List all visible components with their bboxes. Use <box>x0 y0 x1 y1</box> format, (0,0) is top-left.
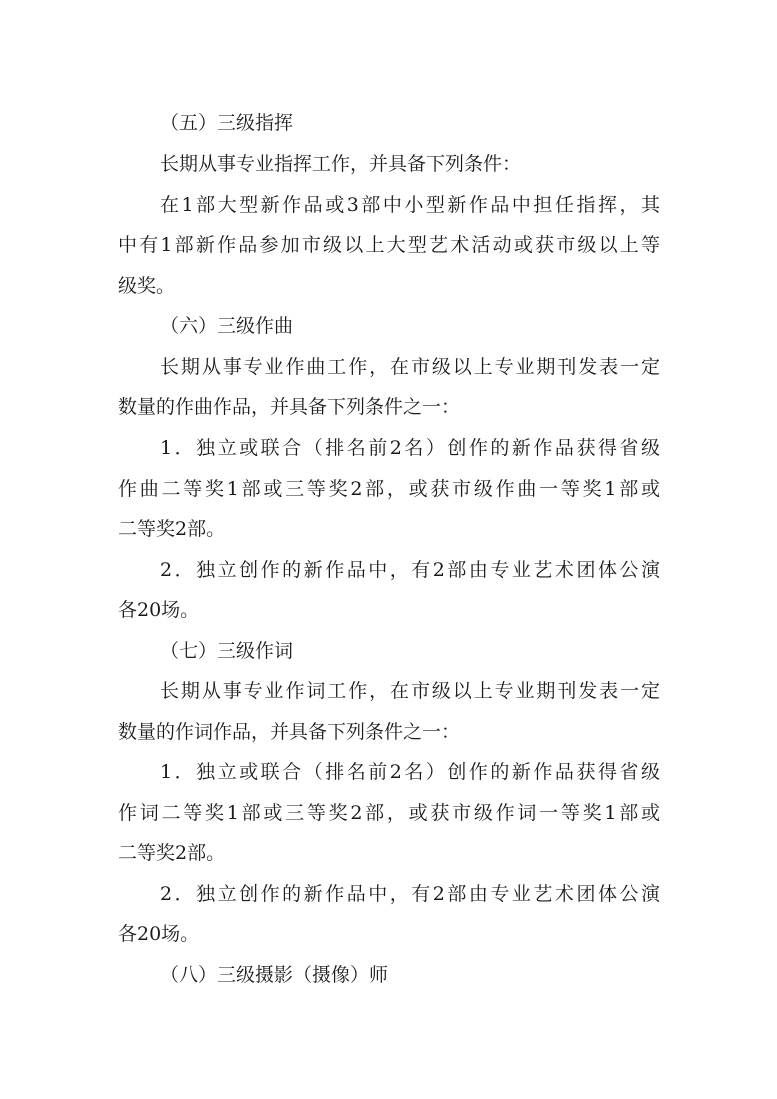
paragraph-line: 数量的作曲作品，并具备下列条件之一： <box>118 392 660 422</box>
paragraph-line: 长期从事专业指挥工作，并具备下列条件： <box>160 149 660 179</box>
paragraph-line: 2．独立创作的新作品中，有2部由专业艺术团体公演 <box>160 555 660 585</box>
section-heading-conductor: （五）三级指挥 <box>160 108 360 138</box>
paragraph-line: 级奖。 <box>118 271 660 301</box>
section-heading-photographer: （八）三级摄影（摄像）师 <box>160 960 460 990</box>
paragraph-line: 长期从事专业作曲工作，在市级以上专业期刊发表一定 <box>160 352 660 382</box>
paragraph-line: 二等奖2部。 <box>118 514 660 544</box>
paragraph-line: 长期从事专业作词工作，在市级以上专业期刊发表一定 <box>160 676 660 706</box>
paragraph-line: 1．独立或联合（排名前2名）创作的新作品获得省级 <box>160 433 660 463</box>
paragraph-line: 各20场。 <box>118 919 660 949</box>
paragraph-line: 2．独立创作的新作品中，有2部由专业艺术团体公演 <box>160 879 660 909</box>
paragraph-line: 在1部大型新作品或3部中小型新作品中担任指挥，其 <box>160 190 660 220</box>
paragraph-line: 1．独立或联合（排名前2名）创作的新作品获得省级 <box>160 757 660 787</box>
section-heading-lyricist: （七）三级作词 <box>160 636 360 666</box>
paragraph-line: 中有1部新作品参加市级以上大型艺术活动或获市级以上等 <box>118 230 660 260</box>
section-heading-composer: （六）三级作曲 <box>160 311 360 341</box>
document-page: （五）三级指挥 长期从事专业指挥工作，并具备下列条件： 在1部大型新作品或3部中… <box>0 0 777 1099</box>
paragraph-line: 作曲二等奖1部或三等奖2部，或获市级作曲一等奖1部或 <box>118 474 660 504</box>
paragraph-line: 数量的作词作品，并具备下列条件之一： <box>118 717 660 747</box>
paragraph-line: 各20场。 <box>118 595 660 625</box>
paragraph-line: 二等奖2部。 <box>118 838 660 868</box>
paragraph-line: 作词二等奖1部或三等奖2部，或获市级作词一等奖1部或 <box>118 798 660 828</box>
